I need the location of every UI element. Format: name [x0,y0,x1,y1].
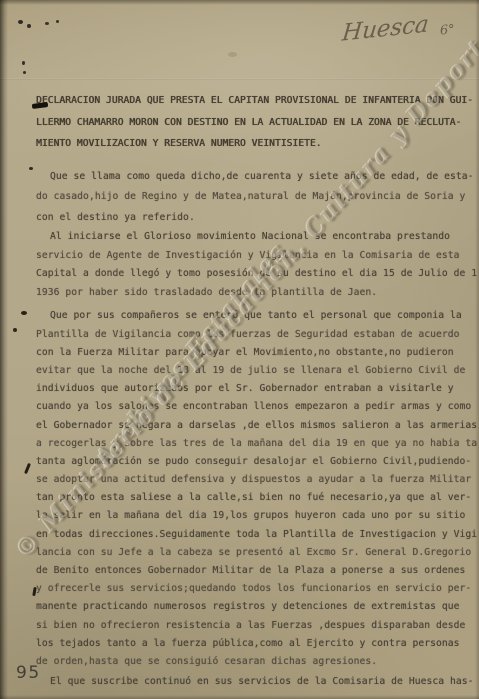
stain-dot [23,71,26,74]
typed-line: Que se llama como queda dicho,de cuarent… [36,167,479,188]
stain-dot [13,328,17,332]
stain-smudge [228,52,237,57]
document-heading: DECLARACION JURADA QUE PRESTA EL CAPITAN… [36,90,479,155]
typed-line: los tejados tanto a la fuerza pública,co… [36,635,479,653]
typed-line: servicio de Agente de Investigación y Vi… [36,247,479,266]
typed-line: Capital a donde llegó y tomo posesión de… [36,265,479,284]
typed-line: Al iniciarse el Glorioso movimiento Naci… [36,228,479,247]
scan-edge-left [0,0,8,699]
page-number: 95 [16,663,41,683]
typed-line: de Benito entonces Gobernador Militar de… [36,562,479,580]
typed-line: en todas direcciones.Seguidamente toda l… [36,526,479,544]
typed-line: la salir en la mañana del dia 19,los gru… [36,507,479,525]
typed-line: y ofrecerle sus servicios;quedando todos… [36,580,479,598]
typed-line: DECLARACION JURADA QUE PRESTA EL CAPITAN… [36,90,479,112]
stain-dot [21,311,27,315]
document-body: Que se llama como queda dicho,de cuarent… [36,167,479,692]
stain-dot [22,61,25,65]
scan-edge-top [0,0,479,5]
typed-line: MIENTO MOVILIZACION Y RESERVA NUMERO VEI… [36,133,479,155]
typed-line: con el destino ya referido. [36,208,479,229]
scan-edge-bottom [0,695,479,699]
typed-line: con la Fuerza Militar para apoyar el Mov… [36,344,479,362]
stain-dot [27,24,31,28]
scan-edge-right [475,0,479,699]
typed-line: tan pronto esta saliese a la calle,si bi… [36,489,479,507]
stain-dot [18,20,23,24]
typed-line: Que por sus compañeros se enteró que tan… [36,307,479,325]
typed-line: se adoptar una actitud defensiva y dispu… [36,471,479,489]
typed-line: LLERMO CHAMARRO MORON CON DESTINO EN LA … [36,112,479,134]
typed-line: Plantilla de Vigilancia como las fuerzas… [36,326,479,344]
typed-line: lancia con su Jefe a la cabeza se presen… [36,544,479,562]
typed-line: si bien no ofrecieron resistencia a las … [36,617,479,635]
typed-text: DECLARACION JURADA QUE PRESTA EL CAPITAN… [36,0,479,691]
typed-line: evitar que la noche del 18 al 19 de juli… [36,362,479,380]
typed-line: a recogerlas y sobre las tres de la maña… [36,435,479,453]
stain-dot [56,20,59,23]
handwritten-number: 6° [439,23,455,39]
paragraph: El que suscribe continuó en sus servicio… [36,673,479,691]
typed-line: el Gobernador se negara a darselas ,de e… [36,417,479,435]
ink-mark [24,463,31,474]
scanned-document-page: Huesca 6° DECLARACION JURADA QUE PRESTA … [0,0,479,699]
typed-line: individuos que autorizados por el Sr. Go… [36,380,479,398]
paragraph: Que se llama como queda dicho,de cuarent… [36,167,479,229]
paragraph: Al iniciarse el Glorioso movimiento Naci… [36,228,479,302]
typed-line: manente practicando numerosos registros … [36,598,479,616]
stain-dot [45,22,49,25]
typed-line: 1936 por haber sido trasladado desde la … [36,284,479,303]
typed-line: tanta aglomeración se pudo conseguir des… [36,453,479,471]
stain-dot [29,167,33,170]
typed-line: cuando ya los salones se encontraban lle… [36,398,479,416]
typed-line: de orden,hasta que se consiguió cesaran … [36,653,479,671]
paragraph: Que por sus compañeros se enteró que tan… [36,307,479,671]
typed-line: do casado,hijo de Regino y de Matea,natu… [36,187,479,208]
typed-line: El que suscribe continuó en sus servicio… [36,673,479,691]
